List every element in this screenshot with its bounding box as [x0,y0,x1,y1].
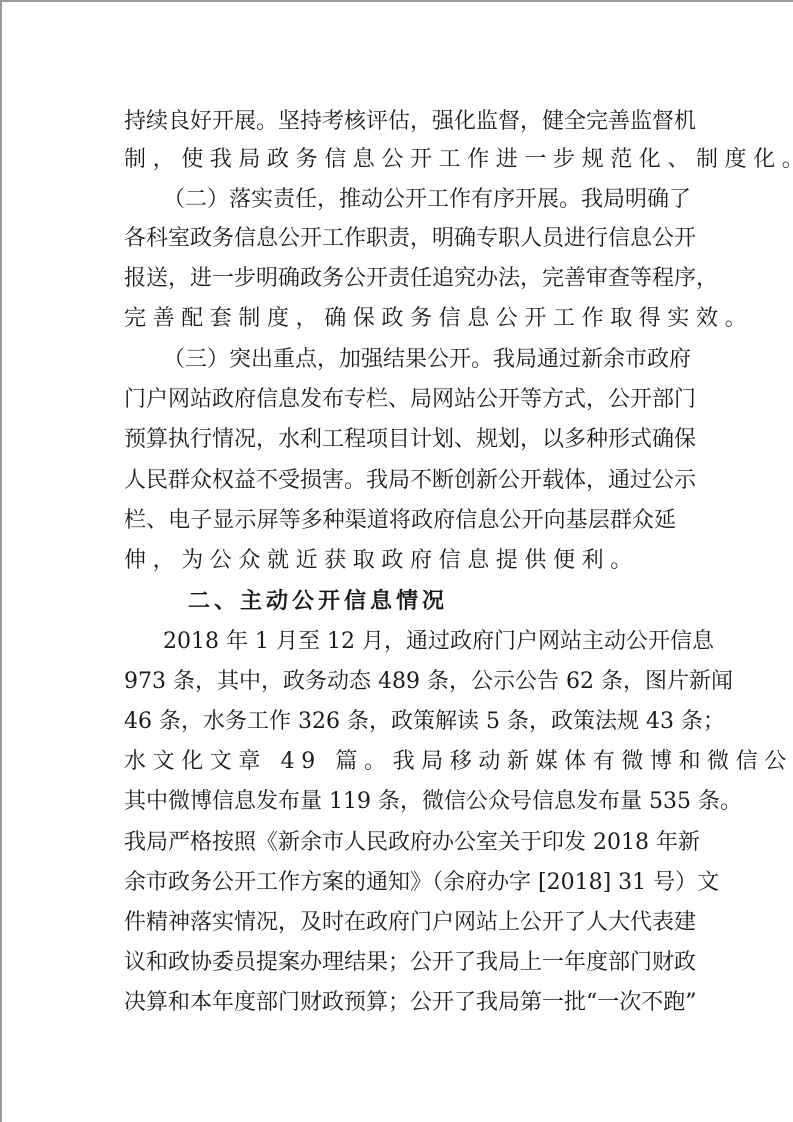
text-line-14: 2018 年 1 月至 12 月，通过政府门户网站主动公开信息 [163,627,676,657]
text-line-11: 栏、电子显示屏等多种渠道将政府信息公开向基层群众延 [124,506,676,536]
text-line-4: 各科室政务信息公开工作职责，明确专职人员进行信息公开 [124,224,676,254]
text-line-16: 46 条，水务工作 326 条，政策解读 5 条，政策法规 43 条； [124,707,676,737]
text-line-21: 件精神落实情况，及时在政府门户网站上公开了人大代表建 [124,908,676,938]
text-line-1: 持续良好开展。坚持考核评估，强化监督，健全完善监督机 [124,107,676,137]
text-line-6: 完善配套制度，确保政务信息公开工作取得实效。 [124,304,676,334]
text-line-5: 报送，进一步明确政务公开责任追究办法，完善审查等程序， [124,264,676,294]
section-subheading-2: （二）落实责任，推动公开工作有序开展。我局明确了 [163,185,676,215]
text-line-20: 余市政务公开工作方案的通知》（余府办字 [2018] 31 号）文 [124,868,676,898]
section-subheading-3: （三）突出重点，加强结果公开。我局通过新余市政府 [163,345,676,375]
text-line-2: 制，使我局政务信息公开工作进一步规范化、制度化。 [124,145,676,175]
text-line-10: 人民群众权益不受损害。我局不断创新公开载体，通过公示 [124,466,676,496]
text-line-19: 我局严格按照《新余市人民政府办公室关于印发 2018 年新 [124,828,676,858]
text-line-12: 伸，为公众就近获取政府信息提供便利。 [124,546,676,576]
document-page: 持续良好开展。坚持考核评估，强化监督，健全完善监督机 制，使我局政务信息公开工作… [0,0,793,1122]
text-line-15: 973 条，其中，政务动态 489 条，公示公告 62 条，图片新闻 [124,667,676,697]
text-line-22: 议和政协委员提案办理结果；公开了我局上一年度部门财政 [124,948,676,978]
text-line-23: 决算和本年度部门财政预算；公开了我局第一批“一次不跑” [124,988,676,1018]
text-line-8: 门户网站政府信息发布专栏、局网站公开等方式，公开部门 [124,385,676,415]
text-line-17: 水文化文章 49 篇。我局移动新媒体有微博和微信公众号， [124,747,676,777]
text-line-18: 其中微博信息发布量 119 条，微信公众号信息发布量 535 条。 [124,787,676,817]
section-heading: 二、主动公开信息情况 [188,587,488,617]
text-line-9: 预算执行情况，水利工程项目计划、规划，以多种形式确保 [124,425,676,455]
